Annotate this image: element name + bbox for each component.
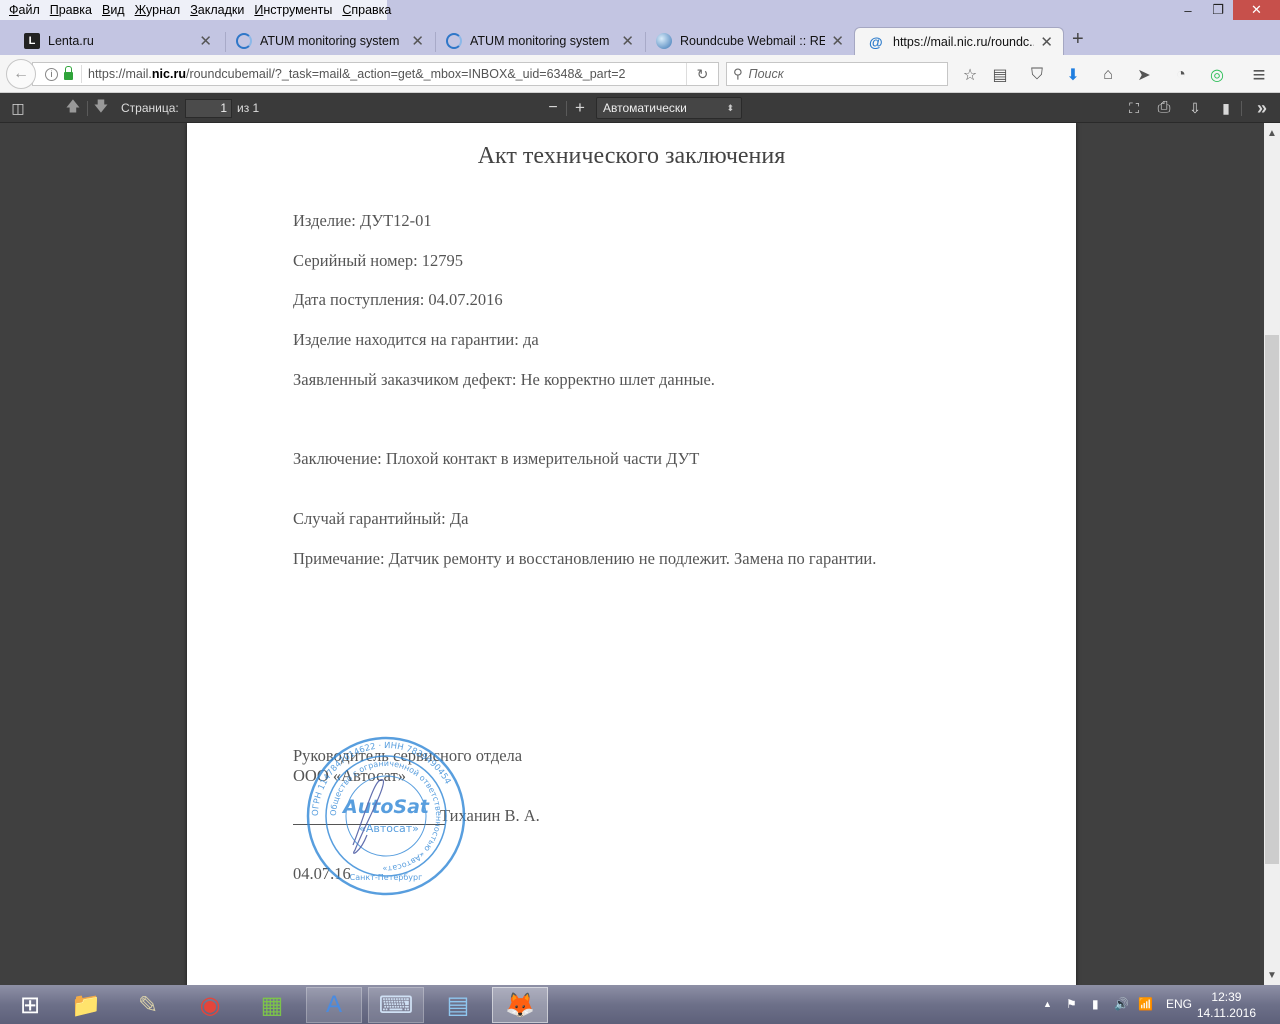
close-window-button[interactable]: ✕: [1233, 0, 1280, 20]
tab-lenta[interactable]: L Lenta.ru ✕: [10, 27, 222, 55]
previous-page-icon[interactable]: 🡅: [64, 99, 82, 117]
lock-icon[interactable]: [64, 72, 73, 80]
svg-text:«Автосат»: «Автосат»: [359, 822, 419, 835]
new-tab-button[interactable]: +: [1072, 28, 1084, 51]
close-tab-icon[interactable]: ✕: [831, 32, 844, 50]
minimize-button[interactable]: –: [1173, 0, 1203, 20]
zoom-select[interactable]: Автоматически ⬍: [596, 97, 742, 119]
page-count: из 1: [237, 101, 259, 115]
atum-icon: [446, 33, 462, 49]
network-icon[interactable]: 📶: [1138, 997, 1153, 1011]
taskbar: ⊞📁✎◉▦A⌨▤🦊 ▲ ⚑ ▮ 🔊 📶 ENG 12:39 14.11.2016: [0, 985, 1280, 1024]
close-tab-icon[interactable]: ✕: [199, 32, 212, 50]
next-page-icon[interactable]: 🡇: [92, 99, 110, 117]
scanner-app-icon[interactable]: ✎: [120, 987, 176, 1023]
svg-text:AutoSat: AutoSat: [341, 796, 430, 818]
toolbar-separator: [566, 101, 567, 116]
download-icon[interactable]: ⬇: [1063, 65, 1083, 85]
sidebar-toggle-icon[interactable]: ◫: [9, 99, 27, 117]
lenta-icon: L: [24, 33, 40, 49]
menu-item-6[interactable]: Справка: [337, 3, 396, 17]
scroll-thumb[interactable]: [1265, 335, 1279, 864]
menu-item-5[interactable]: Инструменты: [249, 3, 337, 17]
menu-item-4[interactable]: Закладки: [185, 3, 249, 17]
reload-icon[interactable]: ↻: [686, 63, 718, 85]
product-line: Изделие: ДУТ12-01: [293, 211, 432, 231]
scroll-down-icon[interactable]: ▼: [1264, 967, 1280, 983]
wordpad-icon[interactable]: A: [306, 987, 362, 1023]
atum-icon: [236, 33, 252, 49]
url-bar[interactable]: i https://mail.nic.ru/roundcubemail/?_ta…: [32, 62, 719, 86]
vertical-scrollbar[interactable]: ▲ ▼: [1264, 123, 1280, 985]
bookmark-icon[interactable]: ▮: [1216, 99, 1236, 117]
calculator-icon[interactable]: ▤: [430, 987, 486, 1023]
close-tab-icon[interactable]: ✕: [621, 32, 634, 50]
send-icon[interactable]: ➤: [1134, 65, 1154, 85]
info-icon[interactable]: i: [45, 68, 58, 81]
reading-list-icon[interactable]: ▤: [990, 65, 1010, 85]
defect-line: Заявленный заказчиком дефект: Не коррект…: [293, 370, 715, 390]
tab-bar: L Lenta.ru ✕ ATUM monitoring system ✕ AT…: [0, 22, 1280, 55]
svg-text:Санкт-Петербург: Санкт-Петербург: [350, 873, 423, 882]
url-text[interactable]: https://mail.nic.ru/roundcubemail/?_task…: [88, 67, 686, 81]
tab-label: Lenta.ru: [48, 34, 193, 48]
navigation-bar: i https://mail.nic.ru/roundcubemail/?_ta…: [0, 55, 1280, 93]
language-indicator[interactable]: ENG: [1166, 997, 1192, 1011]
document-title: Акт технического заключения: [187, 143, 1076, 170]
tab-roundcube[interactable]: Roundcube Webmail :: RE:... ✕: [642, 27, 854, 55]
on-screen-keyboard-icon[interactable]: ⌨: [368, 987, 424, 1023]
menu-item-1[interactable]: Правка: [45, 3, 97, 17]
restore-button[interactable]: ❐: [1203, 0, 1233, 20]
tab-label: ATUM monitoring system: [470, 34, 615, 48]
window-controls: – ❐ ✕: [1173, 0, 1280, 20]
show-hidden-icons[interactable]: ▲: [1043, 999, 1052, 1009]
chrome-icon[interactable]: ◉: [182, 987, 238, 1023]
firefox-icon[interactable]: 🦊: [492, 987, 548, 1023]
clock-time: 12:39: [1197, 989, 1256, 1005]
calc-spreadsheet-icon[interactable]: ▦: [244, 987, 300, 1023]
close-tab-icon[interactable]: ✕: [1040, 33, 1053, 51]
serial-number-line: Серийный номер: 12795: [293, 251, 463, 271]
bookmark-star-icon[interactable]: ☆: [960, 65, 980, 85]
search-icon: ⚲: [733, 66, 743, 82]
tab-mail-pdf[interactable]: @ https://mail.nic.ru/roundc... ✕: [854, 27, 1064, 55]
zoom-value: Автоматически: [603, 101, 687, 115]
company-stamp: ОГРН 1147847014622 · ИНН 7839490454 Обще…: [305, 735, 467, 897]
search-input[interactable]: ⚲ Поиск: [726, 62, 948, 86]
page-number-input[interactable]: 1: [185, 99, 232, 118]
menu-item-3[interactable]: Журнал: [130, 3, 186, 17]
hamburger-menu-icon[interactable]: ≡: [1249, 65, 1269, 85]
clock[interactable]: 12:39 14.11.2016: [1197, 989, 1256, 1021]
search-placeholder: Поиск: [749, 67, 784, 81]
warranty-line: Изделие находится на гарантии: да: [293, 330, 539, 350]
fullscreen-icon[interactable]: ⛶: [1124, 99, 1144, 117]
close-tab-icon[interactable]: ✕: [411, 32, 424, 50]
pocket-icon[interactable]: ⛉: [1027, 65, 1047, 85]
tab-atum-2[interactable]: ATUM monitoring system ✕: [432, 27, 644, 55]
clock-date: 14.11.2016: [1197, 1005, 1256, 1021]
action-center-icon[interactable]: ⚑: [1066, 997, 1077, 1011]
home-icon[interactable]: ⌂: [1098, 65, 1118, 85]
volume-icon[interactable]: 🔊: [1114, 997, 1129, 1011]
history-icon[interactable]: ◔: [1171, 65, 1191, 85]
toolbar-separator: [87, 101, 88, 116]
start-button[interactable]: ⊞: [2, 987, 58, 1023]
print-icon[interactable]: ⎙: [1154, 99, 1174, 117]
page-label: Страница:: [121, 101, 179, 115]
tab-label: ATUM monitoring system: [260, 34, 405, 48]
url-separator: [81, 65, 82, 83]
pdf-page: Акт технического заключения Изделие: ДУТ…: [187, 123, 1076, 985]
tab-atum-1[interactable]: ATUM monitoring system ✕: [222, 27, 434, 55]
extension-icon[interactable]: ◎: [1207, 65, 1227, 85]
at-sign-icon: @: [869, 34, 885, 50]
select-arrows-icon: ⬍: [726, 103, 734, 114]
pdf-toolbar: ◫ 🡅 🡇 Страница: 1 из 1 − + Автоматически…: [0, 93, 1280, 123]
file-explorer-icon[interactable]: 📁: [58, 987, 114, 1023]
tab-label: Roundcube Webmail :: RE:...: [680, 34, 825, 48]
battery-icon[interactable]: ▮: [1092, 997, 1099, 1011]
toolbar-separator: [1241, 101, 1242, 116]
tools-menu-icon[interactable]: »: [1252, 99, 1272, 117]
menu-item-2[interactable]: Вид: [97, 3, 130, 17]
zoom-out-icon[interactable]: −: [544, 99, 562, 117]
save-pdf-icon[interactable]: ⇩: [1185, 99, 1205, 117]
conclusion-line: Заключение: Плохой контакт в измерительн…: [293, 449, 699, 469]
roundcube-icon: [656, 33, 672, 49]
pdf-viewer[interactable]: Акт технического заключения Изделие: ДУТ…: [0, 123, 1264, 985]
back-button[interactable]: ←: [6, 59, 36, 89]
menu-bar: ФайлПравкаВидЖурналЗакладкиИнструментыСп…: [0, 0, 387, 20]
tab-label: https://mail.nic.ru/roundc...: [893, 35, 1034, 49]
note-line: Примечание: Датчик ремонту и восстановле…: [293, 549, 876, 569]
warranty-case-line: Случай гарантийный: Да: [293, 509, 468, 529]
zoom-in-icon[interactable]: +: [571, 99, 589, 117]
menu-item-0[interactable]: Файл: [4, 3, 45, 17]
receipt-date-line: Дата поступления: 04.07.2016: [293, 290, 503, 310]
scroll-up-icon[interactable]: ▲: [1264, 125, 1280, 141]
